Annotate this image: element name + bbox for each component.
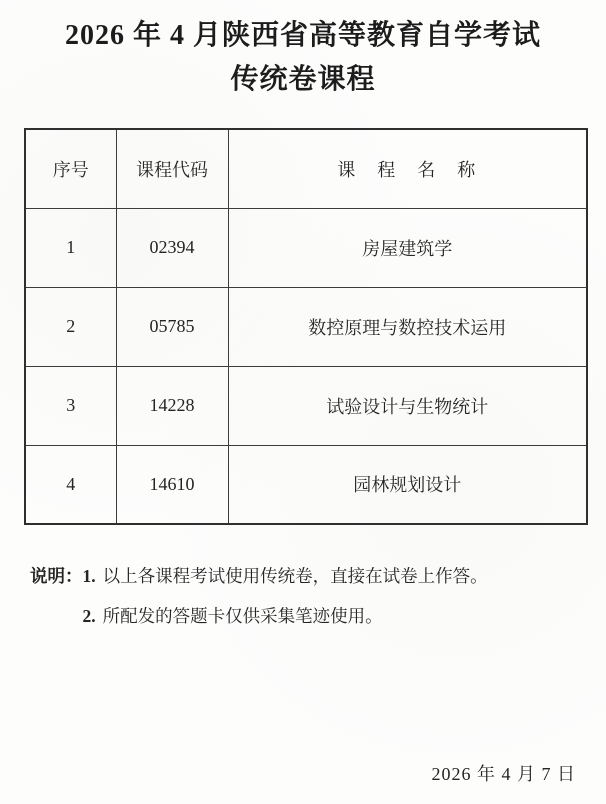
note-number: 1. xyxy=(83,566,96,586)
note-text: 所配发的答题卡仅供采集笔迹使用。 xyxy=(103,606,383,626)
table-row: 1 02394 房屋建筑学 xyxy=(25,208,587,287)
row-number: 3 xyxy=(25,366,116,445)
row-number: 2 xyxy=(25,287,116,366)
table-header-row: 序号 课程代码 课 程 名 称 xyxy=(25,129,587,208)
title-line-2: 传统卷课程 xyxy=(0,58,606,102)
header-no: 序号 xyxy=(25,129,116,208)
header-course-name: 课 程 名 称 xyxy=(228,129,587,208)
course-code: 14228 xyxy=(116,366,228,445)
course-name: 园林规划设计 xyxy=(228,445,587,524)
course-table: 序号 课程代码 课 程 名 称 1 02394 房屋建筑学 2 05785 数控… xyxy=(24,128,588,525)
table-row: 4 14610 园林规划设计 xyxy=(25,445,587,524)
table-row: 3 14228 试验设计与生物统计 xyxy=(25,366,587,445)
course-name: 数控原理与数控技术运用 xyxy=(228,287,587,366)
note-item: 1.以上各课程考试使用传统卷，直接在试卷上作答。 xyxy=(83,556,591,596)
title-line-1: 2026 年 4 月陕西省高等教育自学考试 xyxy=(0,14,606,58)
note-text: 以上各课程考试使用传统卷，直接在试卷上作答。 xyxy=(103,566,488,586)
course-code: 05785 xyxy=(116,287,228,366)
document-date: 2026 年 4 月 7 日 xyxy=(432,760,577,786)
note-item: 2.所配发的答题卡仅供采集笔迹使用。 xyxy=(83,596,591,636)
table-row: 2 05785 数控原理与数控技术运用 xyxy=(25,287,587,366)
course-code: 02394 xyxy=(116,208,228,287)
note-number: 2. xyxy=(83,606,96,626)
course-code: 14610 xyxy=(116,445,228,524)
document-title: 2026 年 4 月陕西省高等教育自学考试 传统卷课程 xyxy=(0,14,606,102)
notes-list: 1.以上各课程考试使用传统卷，直接在试卷上作答。 2.所配发的答题卡仅供采集笔迹… xyxy=(83,556,591,636)
header-course-code: 课程代码 xyxy=(116,129,228,208)
row-number: 4 xyxy=(25,445,116,524)
document-page: 2026 年 4 月陕西省高等教育自学考试 传统卷课程 序号 课程代码 课 程 … xyxy=(0,0,606,804)
course-name: 房屋建筑学 xyxy=(228,208,587,287)
notes-section: 说明： 1.以上各课程考试使用传统卷，直接在试卷上作答。 2.所配发的答题卡仅供… xyxy=(30,556,590,636)
row-number: 1 xyxy=(25,208,116,287)
notes-label: 说明： xyxy=(30,556,83,596)
course-name: 试验设计与生物统计 xyxy=(228,366,587,445)
